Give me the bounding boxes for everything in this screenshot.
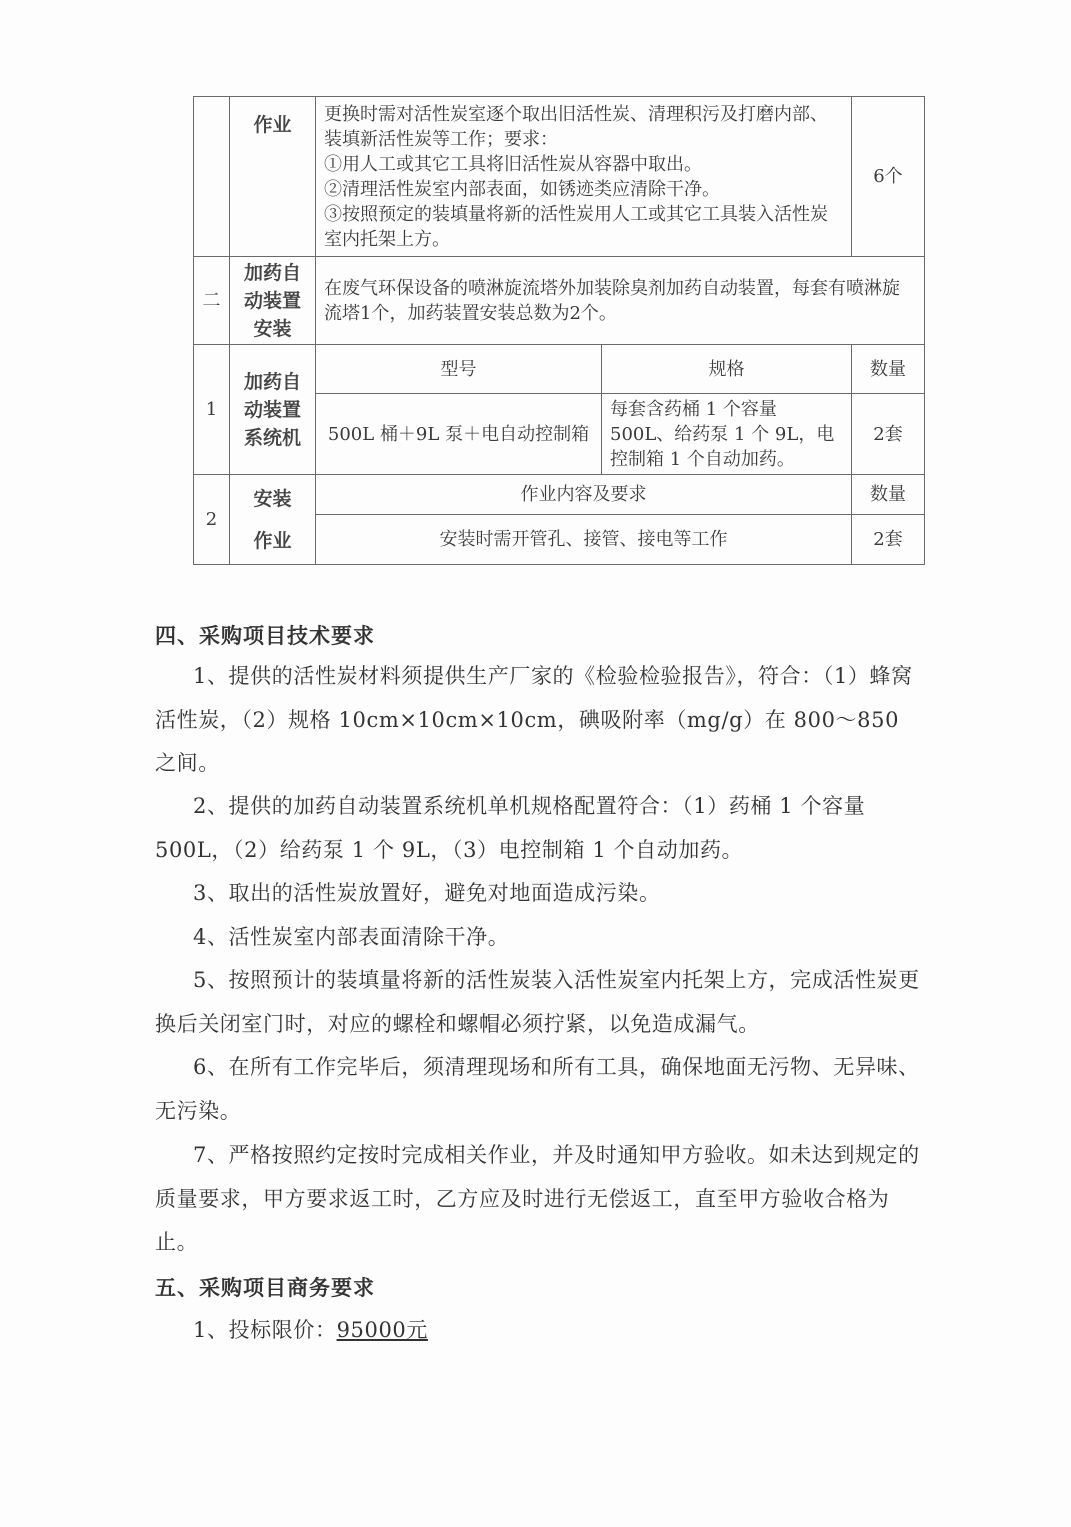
cell-content: 安装时需开管孔、接管、接电等工作 <box>316 515 852 565</box>
header-quantity: 数量 <box>852 345 925 394</box>
header-quantity: 数量 <box>852 475 925 515</box>
row-name-top: 安装 <box>238 485 307 513</box>
row-name: 加药自动装置系统机 <box>230 345 316 475</box>
section4-heading: 四、采购项目技术要求 <box>155 620 375 650</box>
header-content: 作业内容及要求 <box>316 475 852 515</box>
content-line: ③按照预定的装填量将新的活性炭用人工或其它工具装入活性炭室内托架上方。 <box>324 202 837 252</box>
table-row-section2: 二 加药自动装置安装 在废气环保设备的喷淋旋流塔外加装除臭剂加药自动装置，每套有… <box>194 257 925 345</box>
section5-heading: 五、采购项目商务要求 <box>155 1272 375 1302</box>
bid-limit-label: 1、投标限价： <box>193 1318 337 1342</box>
section4-item-7: 7、严格按照约定按时完成相关作业，并及时通知甲方验收。如未达到规定的质量要求，甲… <box>155 1134 920 1265</box>
table-row-zuoye: 作业 更换时需对活性炭室逐个取出旧活性炭、清理积污及打磨内部、装填新活性炭等工作… <box>194 97 925 257</box>
row-content: 更换时需对活性炭室逐个取出旧活性炭、清理积污及打磨内部、装填新活性炭等工作；要求… <box>316 97 852 257</box>
content-line: ②清理活性炭室内部表面，如锈迹类应清除干净。 <box>324 177 837 202</box>
section4-item-4: 4、活性炭室内部表面清除干净。 <box>155 916 920 960</box>
document-page: 作业 更换时需对活性炭室逐个取出旧活性炭、清理积污及打磨内部、装填新活性炭等工作… <box>0 0 1071 1527</box>
cell-quantity: 2套 <box>852 515 925 565</box>
section4-item-6: 6、在所有工作完毕后，须清理现场和所有工具，确保地面无污物、无异味、无污染。 <box>155 1046 920 1133</box>
row-name: 加药自动装置安装 <box>230 257 316 345</box>
row-quantity: 6个 <box>852 97 925 257</box>
row-index: 二 <box>194 257 230 345</box>
row-name: 安装 作业 <box>230 475 316 565</box>
row-index <box>194 97 230 257</box>
section4-item-5: 5、按照预计的装填量将新的活性炭装入活性炭室内托架上方，完成活性炭更换后关闭室门… <box>155 959 920 1046</box>
header-spec: 规格 <box>602 345 852 394</box>
cell-quantity: 2套 <box>852 394 925 475</box>
content-line: ①用人工或其它工具将旧活性炭从容器中取出。 <box>324 152 837 177</box>
section4-item-3: 3、取出的活性炭放置好，避免对地面造成污染。 <box>155 872 920 916</box>
header-model: 型号 <box>316 345 602 394</box>
row-name-bottom: 作业 <box>238 527 307 555</box>
cell-model: 500L 桶＋9L 泵＋电自动控制箱 <box>316 394 602 475</box>
content-line: 更换时需对活性炭室逐个取出旧活性炭、清理积污及打磨内部、装填新活性炭等工作；要求… <box>324 102 837 152</box>
table-row-item2-header: 2 安装 作业 作业内容及要求 数量 <box>194 475 925 515</box>
row-content: 在废气环保设备的喷淋旋流塔外加装除臭剂加药自动装置，每套有喷淋旋流塔1个，加药装… <box>316 257 925 345</box>
section4-item-2: 2、提供的加药自动装置系统机单机规格配置符合：（1）药桶 1 个容量 500L，… <box>155 785 920 872</box>
section5-item-1: 1、投标限价：95000元 <box>193 1309 958 1353</box>
row-index: 2 <box>194 475 230 565</box>
row-name: 作业 <box>230 97 316 257</box>
cell-spec: 每套含药桶 1 个容量 500L、给药泵 1 个 9L，电控制箱 1 个自动加药… <box>602 394 852 475</box>
bid-limit-value: 95000元 <box>337 1318 428 1342</box>
row-index: 1 <box>194 345 230 475</box>
section4-item-1: 1、提供的活性炭材料须提供生产厂家的《检验检验报告》，符合：（1）蜂窝活性炭，（… <box>155 655 920 786</box>
procurement-table: 作业 更换时需对活性炭室逐个取出旧活性炭、清理积污及打磨内部、装填新活性炭等工作… <box>193 96 925 565</box>
table-row-item1-header: 1 加药自动装置系统机 型号 规格 数量 <box>194 345 925 394</box>
